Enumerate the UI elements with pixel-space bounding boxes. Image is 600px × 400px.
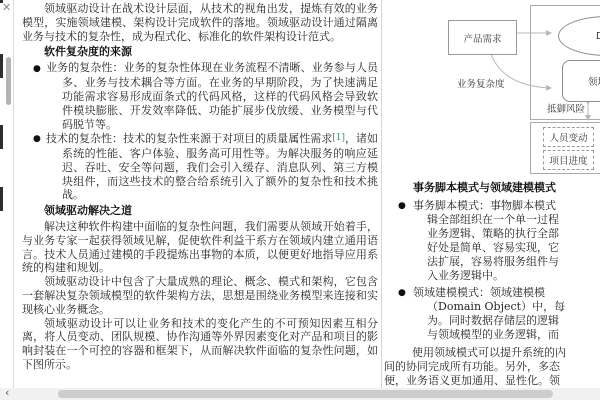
close-icon[interactable]: ✕	[2, 2, 11, 14]
transaction-script-line: ●事务脚本模式：事物脚本模式	[383, 199, 600, 213]
ddd-diagram: 产品需求 DDD 领域模型 业务复杂度 抵御风险 人员变动 项目进度	[383, 0, 600, 178]
diagram-node-project-schedule: 项目进度	[543, 150, 594, 170]
heading-complexity-sources: 软件复杂度的来源	[22, 45, 378, 59]
bullet-icon: ●	[33, 63, 46, 77]
paragraph-theory: 领域驱动设计中包含了大量成熟的理论、概念、模式和架构，它包含一套解决复杂领域模型…	[22, 275, 378, 316]
domain-model-line: 与领域模型的业务逻辑，而	[383, 328, 600, 342]
paragraph-solution: 解决这种软件构建中面临的复杂性问题，我们需要从领域开始着手，与业务专家一起获得领…	[22, 220, 378, 275]
right-column-text: 事务脚本模式与领域建模模式 ●事务脚本模式：事物脚本模式 辑全部组织在一个单一过…	[383, 181, 600, 388]
transaction-script-line: 业务逻辑、策略的执行全部	[383, 227, 600, 241]
document-viewer: ✕ 领域驱动设计在战术设计层面，从技术的视角出发，提炼有效的业务模型，实施领域建…	[0, 0, 600, 400]
tech-complexity-text: 技术的复杂性：技术的复杂性来源于对项目的质量属性需求	[46, 132, 332, 145]
left-toolbar-sliver	[0, 0, 4, 400]
diagram-node-personnel-change: 人员变动	[543, 127, 594, 147]
domain-benefit-line: 间的协同完成所有功能。另外，多态	[383, 360, 600, 374]
domain-benefit-line: 使用领域模式可以提升系统的内	[383, 346, 600, 360]
diagram-node-product-requirement: 产品需求	[448, 20, 517, 55]
toolbar-icon-fragment	[0, 125, 3, 149]
footnote-ref-link[interactable]: [1]	[332, 133, 345, 143]
bullet-icon: ●	[398, 286, 406, 300]
horizontal-scrollbar-thumb[interactable]	[58, 390, 553, 398]
domain-model-line: （Domain Object）中，每	[383, 300, 600, 314]
vertical-scrollbar-thumb[interactable]	[6, 57, 11, 105]
personnel-change-label: 人员变动	[549, 130, 587, 144]
domain-benefit-line: 便，业务语义更加通用、显性化。领	[383, 374, 600, 388]
list-item-tech-complexity: ●技术的复杂性：技术的复杂性来源于对项目的质量属性需求[1]，诸如系统的性能、客…	[22, 132, 378, 202]
business-complexity-text: 业务的复杂性：业务的复杂性体现在业务流程不清晰、业务参与人员多、业务与技术耦合等…	[46, 61, 378, 131]
ddd-label: DDD	[596, 31, 600, 42]
paragraph-isolation: 领域驱动设计可以让业务和技术的变化产生的不可预知因素互相分离，将人员变动、团队规…	[22, 317, 378, 372]
heading-ddd-solution: 领域驱动解决之道	[22, 204, 378, 218]
complexity-list: ●业务的复杂性：业务的复杂性体现在业务流程不清晰、业务参与人员多、业务与技术耦合…	[22, 61, 378, 202]
domain-model-line: ●领域建模模式：领域建模模	[383, 286, 600, 300]
product-requirement-label: 产品需求	[463, 31, 501, 45]
bullet-icon: ●	[33, 133, 46, 147]
right-text-column: 产品需求 DDD 领域模型 业务复杂度 抵御风险 人员变动 项目进度 事务脚本模…	[383, 0, 600, 388]
domain-model-line: 为。同时数据存储层的逻辑	[383, 314, 600, 328]
heading-transaction-vs-domain: 事务脚本模式与领域建模模式	[383, 181, 600, 195]
horizontal-scrollbar[interactable]: ‹	[0, 388, 600, 400]
left-text-column: 领域驱动设计在战术设计层面，从技术的视角出发，提炼有效的业务模型，实施领域建模、…	[22, 2, 378, 372]
paragraph-intro: 领域驱动设计在战术设计层面，从技术的视角出发，提炼有效的业务模型，实施领域建模、…	[22, 2, 378, 43]
transaction-script-line: 好处是简单、容易实现，它	[383, 241, 600, 255]
transaction-script-line: 辑全部组织在一个单一过程	[383, 213, 600, 227]
list-item-business-complexity: ●业务的复杂性：业务的复杂性体现在业务流程不清晰、业务参与人员多、业务与技术耦合…	[22, 61, 378, 131]
scroll-left-arrow-icon[interactable]: ‹	[5, 387, 9, 399]
business-complexity-label: 业务复杂度	[457, 76, 505, 90]
gutter-divider	[13, 0, 14, 388]
resist-risk-label: 抵御风险	[547, 101, 585, 115]
toolbar-icon-fragment	[0, 187, 3, 211]
diagram-node-domain-model: 领域模型	[562, 60, 600, 102]
domain-model-label: 领域模型	[588, 74, 600, 88]
column-divider	[381, 0, 382, 388]
bullet-icon: ●	[398, 199, 406, 213]
project-schedule-label: 项目进度	[549, 153, 587, 167]
transaction-script-line: 入业务逻辑中。	[383, 269, 600, 283]
transaction-script-line: 法扩展，容易将服务组件与	[383, 255, 600, 269]
toolbar-icon-fragment	[0, 54, 3, 78]
